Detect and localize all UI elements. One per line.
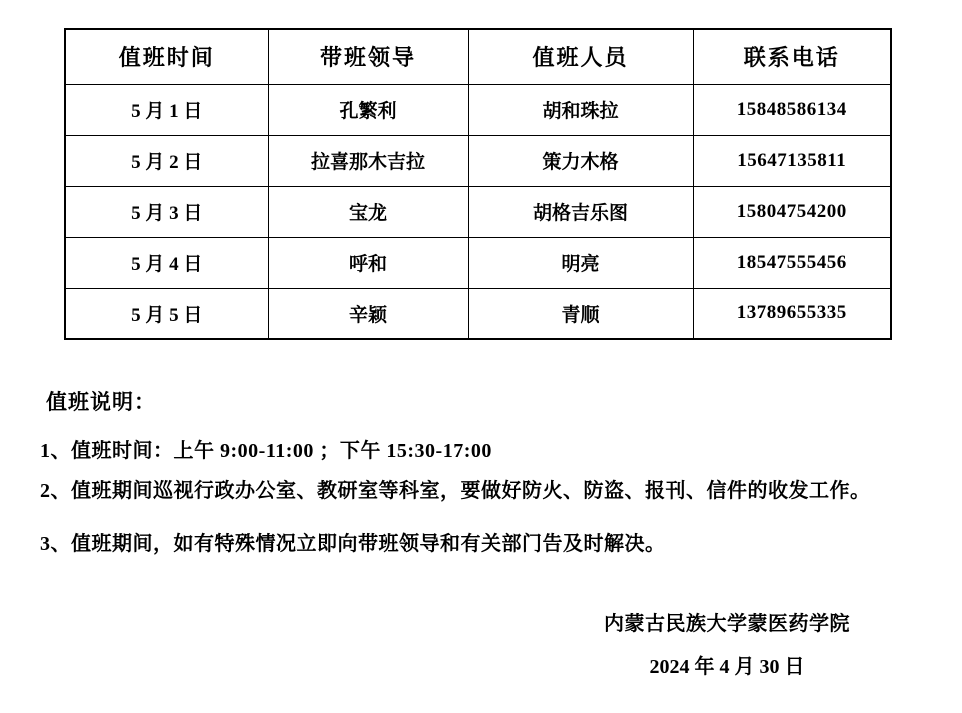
table-row: 5 月 1 日 孔繁利 胡和珠拉 15848586134 — [65, 84, 891, 135]
duty-schedule-table: 值班时间 带班领导 值班人员 联系电话 5 月 1 日 孔繁利 胡和珠拉 158… — [64, 28, 892, 340]
note-item-patrol-duties: 2、值班期间巡视行政办公室、教研室等科室，要做好防火、防盗、报刊、信件的收发工作… — [40, 474, 871, 503]
lead-supervisor-cell: 拉喜那木吉拉 — [268, 135, 468, 186]
duty-staff-cell: 策力木格 — [468, 135, 693, 186]
header-duty-staff: 值班人员 — [468, 29, 693, 84]
signature-organization: 内蒙古民族大学蒙医药学院 — [492, 607, 962, 636]
contact-phone-cell: 15804754200 — [693, 186, 891, 237]
table-row: 5 月 3 日 宝龙 胡格吉乐图 15804754200 — [65, 186, 891, 237]
duty-staff-cell: 青顺 — [468, 288, 693, 339]
header-contact-phone: 联系电话 — [693, 29, 891, 84]
lead-supervisor-cell: 呼和 — [268, 237, 468, 288]
duty-date-cell: 5 月 5 日 — [65, 288, 268, 339]
table-row: 5 月 5 日 辛颖 青顺 13789655335 — [65, 288, 891, 339]
signature-date: 2024 年 4 月 30 日 — [492, 650, 962, 679]
contact-phone-cell: 15848586134 — [693, 84, 891, 135]
contact-phone-cell: 18547555456 — [693, 237, 891, 288]
lead-supervisor-cell: 宝龙 — [268, 186, 468, 237]
lead-supervisor-cell: 孔繁利 — [268, 84, 468, 135]
header-duty-time: 值班时间 — [65, 29, 268, 84]
table-row: 5 月 2 日 拉喜那木吉拉 策力木格 15647135811 — [65, 135, 891, 186]
duty-date-cell: 5 月 3 日 — [65, 186, 268, 237]
lead-supervisor-cell: 辛颖 — [268, 288, 468, 339]
contact-phone-cell: 13789655335 — [693, 288, 891, 339]
note-item-emergency-report: 3、值班期间，如有特殊情况立即向带班领导和有关部门告及时解决。 — [40, 527, 666, 556]
header-lead-supervisor: 带班领导 — [268, 29, 468, 84]
table-header-row: 值班时间 带班领导 值班人员 联系电话 — [65, 29, 891, 84]
duty-staff-cell: 胡格吉乐图 — [468, 186, 693, 237]
duty-schedule-document: 值班时间 带班领导 值班人员 联系电话 5 月 1 日 孔繁利 胡和珠拉 158… — [0, 0, 962, 713]
table-row: 5 月 4 日 呼和 明亮 18547555456 — [65, 237, 891, 288]
contact-phone-cell: 15647135811 — [693, 135, 891, 186]
duty-staff-cell: 明亮 — [468, 237, 693, 288]
duty-date-cell: 5 月 4 日 — [65, 237, 268, 288]
duty-staff-cell: 胡和珠拉 — [468, 84, 693, 135]
duty-date-cell: 5 月 2 日 — [65, 135, 268, 186]
duty-date-cell: 5 月 1 日 — [65, 84, 268, 135]
notes-title: 值班说明： — [46, 386, 156, 416]
note-item-duty-hours: 1、值班时间：上午 9:00-11:00 ；下午 15:30-17:00 — [40, 434, 492, 463]
